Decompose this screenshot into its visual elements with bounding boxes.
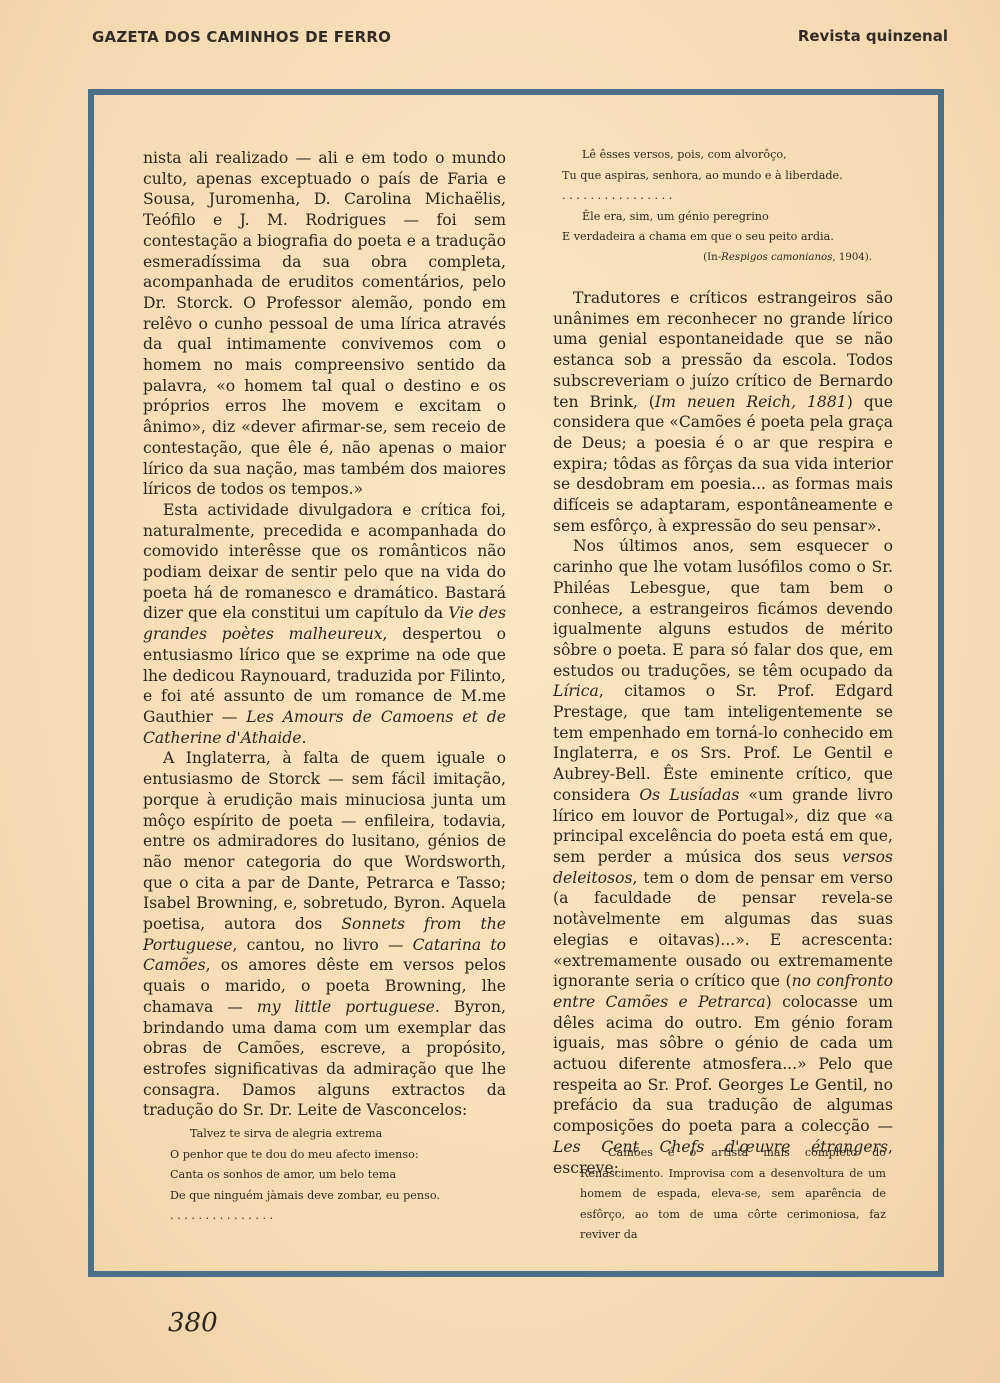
running-head: GAZETA DOS CAMINHOS DE FERRO Revista qui… xyxy=(92,28,948,52)
verse-ellipsis: . . . . . . . . . . . . . . . . xyxy=(562,186,892,207)
verse-line: Talvez te sirva de alegria extrema xyxy=(170,1124,490,1145)
verse-line: E verdadeira a chama em que o seu peito … xyxy=(562,227,892,248)
byron-verse-continued: Lê êsses versos, pois, com alvorôço, Tu … xyxy=(562,145,892,268)
verse-ellipsis: . . . . . . . . . . . . . . . xyxy=(170,1206,490,1227)
verse-source-citation: (In-Respigos camonianos, 1904). xyxy=(562,248,892,269)
verse-line: De que ninguém jàmais deve zombar, eu pe… xyxy=(170,1186,490,1207)
verse-line: O penhor que te dou do meu afecto imenso… xyxy=(170,1145,490,1166)
paragraph: A Inglaterra, à falta de quem iguale o e… xyxy=(143,748,506,1121)
journal-subtitle: Revista quinzenal xyxy=(798,27,948,45)
paragraph: nista ali realizado — ali e em todo o mu… xyxy=(143,148,506,500)
paragraph: Nos últimos anos, sem esquecer o carinho… xyxy=(553,536,893,1178)
paragraph: Esta actividade divulgadora e crítica fo… xyxy=(143,500,506,748)
verse-line: Canta os sonhos de amor, um belo tema xyxy=(170,1165,490,1186)
verse-line: Tu que aspiras, senhora, ao mundo e à li… xyxy=(562,166,892,187)
journal-title: GAZETA DOS CAMINHOS DE FERRO xyxy=(92,28,391,46)
page-number: 380 xyxy=(168,1308,218,1338)
quote-text: Camões é o artista mais completo do Rena… xyxy=(580,1143,886,1246)
verse-line: Êle era, sim, um génio peregrino xyxy=(562,207,892,228)
right-column-text: Tradutores e críticos estrangeiros são u… xyxy=(553,288,893,1178)
verse-line: Lê êsses versos, pois, com alvorôço, xyxy=(562,145,892,166)
byron-verse-extract: Talvez te sirva de alegria extrema O pen… xyxy=(170,1124,490,1227)
le-gentil-quote: Camões é o artista mais completo do Rena… xyxy=(580,1143,886,1246)
left-column-text: nista ali realizado — ali e em todo o mu… xyxy=(143,148,506,1121)
paragraph: Tradutores e críticos estrangeiros são u… xyxy=(553,288,893,536)
